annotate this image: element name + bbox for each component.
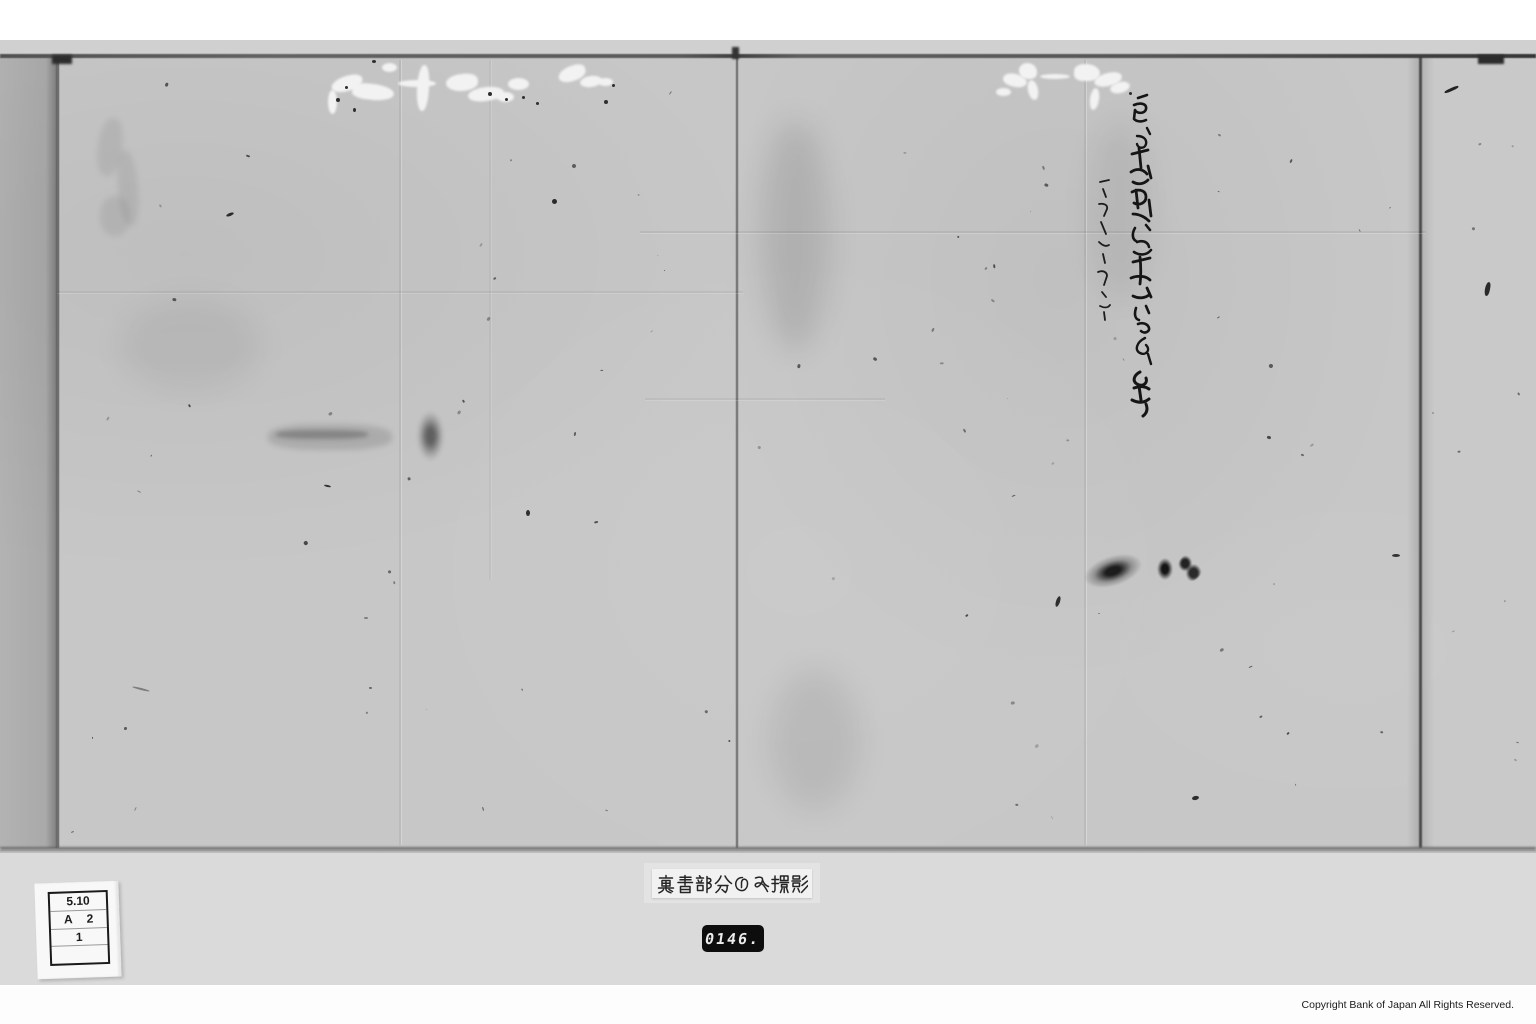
paper-seam-center <box>736 57 738 848</box>
fold-line <box>1084 60 1086 845</box>
ink-speck <box>505 98 508 101</box>
edge-nick <box>732 47 739 59</box>
photo-note-label <box>652 869 812 898</box>
crease-line <box>640 231 1426 233</box>
paper-damage-patch <box>996 88 1011 96</box>
paper-speck <box>1432 412 1434 414</box>
paper-left-panel <box>0 57 57 848</box>
paper-seam-left <box>57 57 59 848</box>
classification-row: 1 <box>51 927 108 947</box>
crease-line <box>645 398 885 400</box>
dark-smudge <box>417 411 444 461</box>
classification-table: 5.10 A 2 1 <box>48 890 111 966</box>
paper-damage-patch <box>508 78 529 90</box>
paper-stain <box>760 120 830 350</box>
paper-speck <box>521 688 523 690</box>
paper-speck <box>393 581 396 585</box>
paper-speck <box>1098 613 1100 614</box>
handwritten-date-column <box>1098 180 1110 320</box>
paper-damage-patch <box>382 63 397 72</box>
crease-line <box>57 291 743 293</box>
copyright-text: Copyright Bank of Japan All Rights Reser… <box>1302 999 1514 1011</box>
paper-speck <box>1514 758 1517 761</box>
archival-photo-page: 5.10 A 2 1 <box>0 0 1536 1024</box>
paper-speck <box>164 82 168 86</box>
paper-speck <box>1301 454 1304 456</box>
edge-nick <box>1478 55 1504 64</box>
photo-note-outer <box>644 863 820 903</box>
paper-right-panel <box>1424 57 1536 848</box>
paper-stain <box>120 300 260 390</box>
paper-damage-patch <box>328 90 337 114</box>
classification-row-empty <box>52 945 109 964</box>
ink-speck <box>336 98 340 102</box>
gray-smudge <box>276 430 368 439</box>
ink-blot <box>1178 554 1202 581</box>
ink-speck <box>345 86 348 89</box>
paper-stain <box>770 670 860 810</box>
classification-row: 5.10 <box>50 892 107 912</box>
paper-damage-patch <box>598 78 613 86</box>
paper-speck <box>364 617 368 619</box>
edge-nick <box>52 55 72 64</box>
ink-blot <box>1157 558 1173 580</box>
paper-speck <box>509 159 512 161</box>
classification-value: 2 <box>86 912 93 926</box>
paper-top-edge <box>0 54 1536 58</box>
paper-speck <box>461 399 464 402</box>
paper-speck <box>1113 337 1116 341</box>
classification-sticker: 5.10 A 2 1 <box>34 881 121 980</box>
seam-shadow <box>1422 57 1434 848</box>
classification-value: 5.10 <box>66 894 90 909</box>
paper-speck <box>1066 439 1069 441</box>
ink-speck <box>488 92 492 96</box>
ink-speck <box>372 60 376 63</box>
paper-speck <box>1380 731 1383 733</box>
handwritten-address-column <box>1088 92 1178 437</box>
frame-counter: 0146. <box>702 925 764 952</box>
paper-speck <box>369 687 372 689</box>
photo-note-text <box>656 874 808 894</box>
ink-speck <box>604 100 608 104</box>
classification-value: A <box>64 912 73 926</box>
ink-speck <box>552 199 557 204</box>
ink-speck <box>353 108 356 112</box>
ink-speck <box>536 102 539 105</box>
classification-value: 1 <box>76 930 83 944</box>
ink-speck <box>526 510 530 516</box>
paper-speck <box>992 264 995 268</box>
paper-seam-right <box>1419 57 1422 848</box>
paper-speck <box>637 194 639 195</box>
ink-speck <box>522 96 525 99</box>
paper-speck <box>123 727 126 730</box>
fold-line <box>399 60 401 845</box>
ink-speck <box>1392 554 1400 557</box>
ghost-writing <box>100 196 130 236</box>
classification-row: A 2 <box>50 910 107 930</box>
paper-damage-patch <box>1040 74 1070 79</box>
frame-counter-value: 0146. <box>704 930 762 948</box>
paper-damage-patch <box>1019 63 1037 79</box>
ink-speck <box>612 84 615 87</box>
seam-shadow <box>1407 57 1419 848</box>
paper-speck <box>408 477 411 481</box>
